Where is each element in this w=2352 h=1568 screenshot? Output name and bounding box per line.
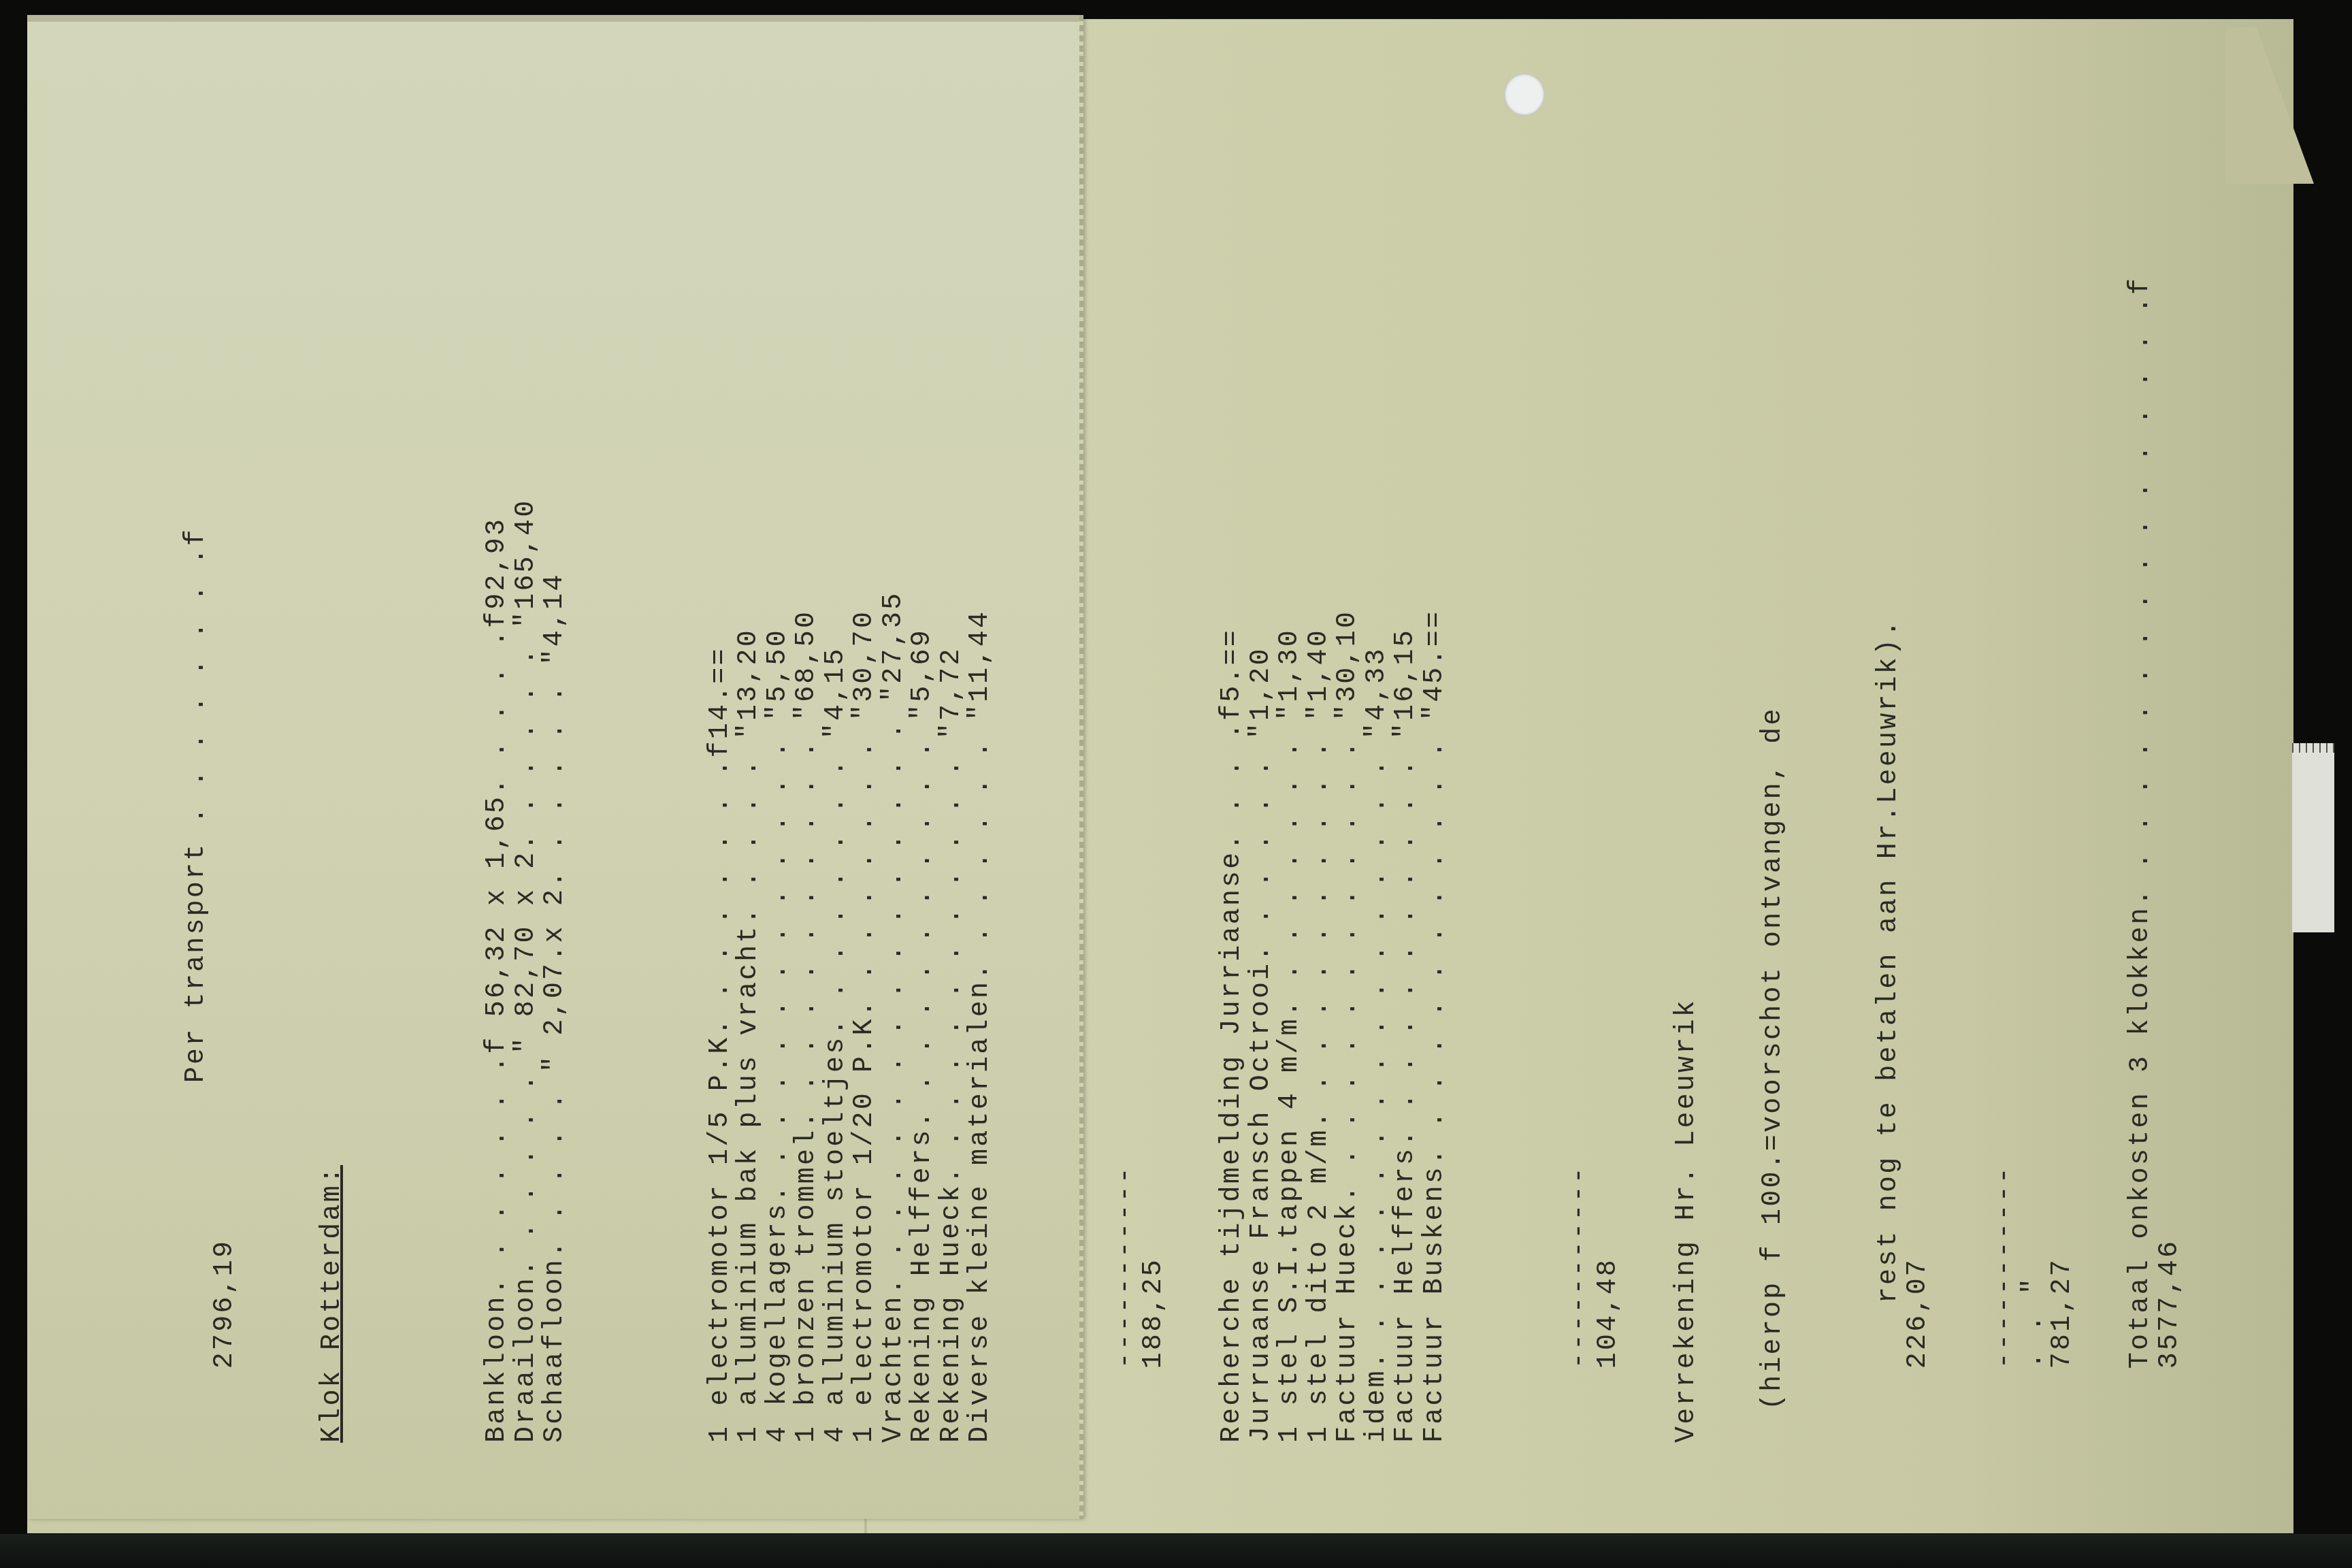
cost-label: 1 bronzen trommel. . . . . . . . . . . "	[791, 702, 822, 1443]
cost-amount: 5,69	[907, 628, 938, 702]
cost-row: 1 electromotor 1/20 P.K. . . . . . . . "…	[851, 82, 880, 1443]
cost-label: idem. . . . . . . . . . . . . . . . . "	[1362, 721, 1392, 1443]
cost-label: Diverse kleine materialen. . . . . . . "	[965, 702, 996, 1443]
cost-label: 4 kogellagers. . . . . . . . . . . . . "	[763, 702, 794, 1443]
patent-costs-list: Recherche tijdmelding Jurriaanse. . . .f…	[1218, 82, 1450, 1443]
top-edge-stain	[27, 15, 1082, 22]
cost-label: Schaafloon. . . . . " 2,07.x 2. . . . . …	[540, 647, 570, 1443]
settlement-line-2: (hierop f 100.=voorschot ontvangen, de	[1759, 82, 1788, 1443]
subtotal-row: ----------- . . " 781,27	[1933, 82, 1962, 1443]
cost-row: Diverse kleine materialen. . . . . . . "…	[966, 82, 996, 1443]
wages-list: Bankloon. . . . . . .f 56,32 x 1,65. . .…	[483, 82, 570, 1443]
cost-row: Schaafloon. . . . . " 2,07.x 2. . . . . …	[541, 82, 570, 1443]
cost-label: 1 electromotor 1/20 P.K. . . . . . . . "	[849, 702, 880, 1443]
cost-row: Factuur Buskens. . . . . . . . . . . . "…	[1421, 82, 1450, 1443]
cost-amount: 7,72	[936, 647, 967, 721]
cost-amount: 14.==	[705, 647, 736, 739]
cost-amount: 5,50	[763, 628, 794, 702]
cost-amount: 27,35	[879, 591, 909, 684]
cost-label: Vrachten. . . . . . . . . . . . . . . . …	[879, 684, 909, 1443]
cost-amount: 45.==	[1420, 610, 1450, 702]
typed-text-block: Per transport . . . . . . . .f 2796,19 K…	[95, 82, 2156, 1443]
cost-amount: 30,70	[849, 610, 880, 702]
cost-label: Jurruaanse Fransch Octrooi. . . . . . "	[1246, 721, 1277, 1443]
settlement-line-3: rest nog te betalen aan Hr.Leeuwrik). 22…	[1846, 82, 1876, 1443]
cost-amount: 13,20	[734, 628, 764, 721]
cost-label: Factuur Hueck. . . . . . . . . . . . . "	[1333, 702, 1363, 1443]
glass-plate-edge	[0, 1534, 2352, 1568]
cost-row: Rekening Hueck. . . . . . . . . . . . "7…	[938, 82, 967, 1443]
patent-total-row: ----------- 104,48	[1507, 82, 1537, 1443]
section-title: Klok Rotterdam:	[318, 82, 348, 1443]
grand-total-row: Totaal onkosten 3 klokken. . . . . . . .…	[2098, 82, 2127, 1443]
cost-amount: 1,30	[1275, 628, 1305, 702]
cost-label: Draailoon. . . . . . " 82,70 x 2. . . . …	[511, 610, 542, 1443]
cost-label: Recherche tijdmelding Jurriaanse. . . .f	[1217, 702, 1247, 1443]
cost-row: 1 bronzen trommel. . . . . . . . . . . "…	[793, 82, 822, 1443]
scale-ruler	[2292, 743, 2334, 932]
cost-amount: 4,15	[821, 647, 851, 721]
cost-row: Rekening Helffers. . . . . . . . . . . "…	[909, 82, 938, 1443]
settlement-line-1: Verrekening Hr. Leeuwrik	[1673, 82, 1702, 1443]
cost-amount: 4,33	[1362, 647, 1392, 721]
cost-amount: 68,50	[791, 610, 822, 702]
cost-label: 1 alluminium bak plus vracht. . . . . "	[734, 721, 764, 1443]
cost-label: 1 electromotor 1/5 P.K. . . . . . . .f	[705, 739, 736, 1443]
cost-amount: 16,15	[1390, 628, 1421, 721]
cost-row: 1 electromotor 1/5 P.K. . . . . . . .f14…	[706, 82, 736, 1443]
cost-row: 1 stel dito 2 m/m. . . . . . . . . . . "…	[1305, 82, 1335, 1443]
cost-amount: 1,20	[1246, 647, 1277, 721]
cost-row: Factuur Helffers. . . . . . . . . . . "1…	[1392, 82, 1421, 1443]
cost-row: Jurruaanse Fransch Octrooi. . . . . . "1…	[1247, 82, 1277, 1443]
cost-row: 1 alluminium bak plus vracht. . . . . "1…	[735, 82, 764, 1443]
cost-amount: 11,44	[965, 610, 996, 702]
cost-row: Bankloon. . . . . . .f 56,32 x 1,65. . .…	[483, 82, 512, 1443]
cost-label: 4 alluminium stoeltjes. . . . . . . . "	[821, 721, 851, 1443]
cost-row: Factuur Hueck. . . . . . . . . . . . . "…	[1334, 82, 1363, 1443]
cost-label: Bankloon. . . . . . .f 56,32 x 1,65. . .…	[482, 610, 512, 1443]
cost-label: Factuur Buskens. . . . . . . . . . . . "	[1420, 702, 1450, 1443]
materials-total-row: ----------- 188,25	[1053, 82, 1083, 1443]
transport-line: Per transport . . . . . . . .f 2796,19	[153, 82, 182, 1443]
cost-row: 1 stel S.I.tappen 4 m/m. . . . . . . . "…	[1276, 82, 1305, 1443]
cost-amount: 30,10	[1333, 610, 1363, 702]
cost-row: Recherche tijdmelding Jurriaanse. . . .f…	[1218, 82, 1247, 1443]
cost-label: 1 stel S.I.tappen 4 m/m. . . . . . . . "	[1275, 702, 1305, 1443]
ruler-ticks	[2292, 743, 2334, 753]
cost-row: 4 kogellagers. . . . . . . . . . . . . "…	[764, 82, 794, 1443]
cost-row: idem. . . . . . . . . . . . . . . . . "4…	[1363, 82, 1392, 1443]
cost-amount: 4,14	[540, 572, 570, 647]
materials-list: 1 electromotor 1/5 P.K. . . . . . . .f14…	[706, 82, 996, 1443]
cost-row: Draailoon. . . . . . " 82,70 x 2. . . . …	[512, 82, 542, 1443]
cost-amount: 1,40	[1304, 628, 1335, 702]
cost-amount: 92,93	[482, 517, 512, 610]
cost-label: Rekening Helffers. . . . . . . . . . . "	[907, 702, 938, 1443]
cost-label: Factuur Helffers. . . . . . . . . . . "	[1390, 721, 1421, 1443]
cost-row: Vrachten. . . . . . . . . . . . . . . . …	[880, 82, 909, 1443]
cost-row: 4 alluminium stoeltjes. . . . . . . . "4…	[822, 82, 851, 1443]
cost-amount: 165,40	[511, 499, 542, 610]
cost-label: Rekening Hueck. . . . . . . . . . . . "	[936, 721, 967, 1443]
cost-amount: 5.==	[1217, 628, 1247, 702]
cost-label: 1 stel dito 2 m/m. . . . . . . . . . . "	[1304, 702, 1335, 1443]
